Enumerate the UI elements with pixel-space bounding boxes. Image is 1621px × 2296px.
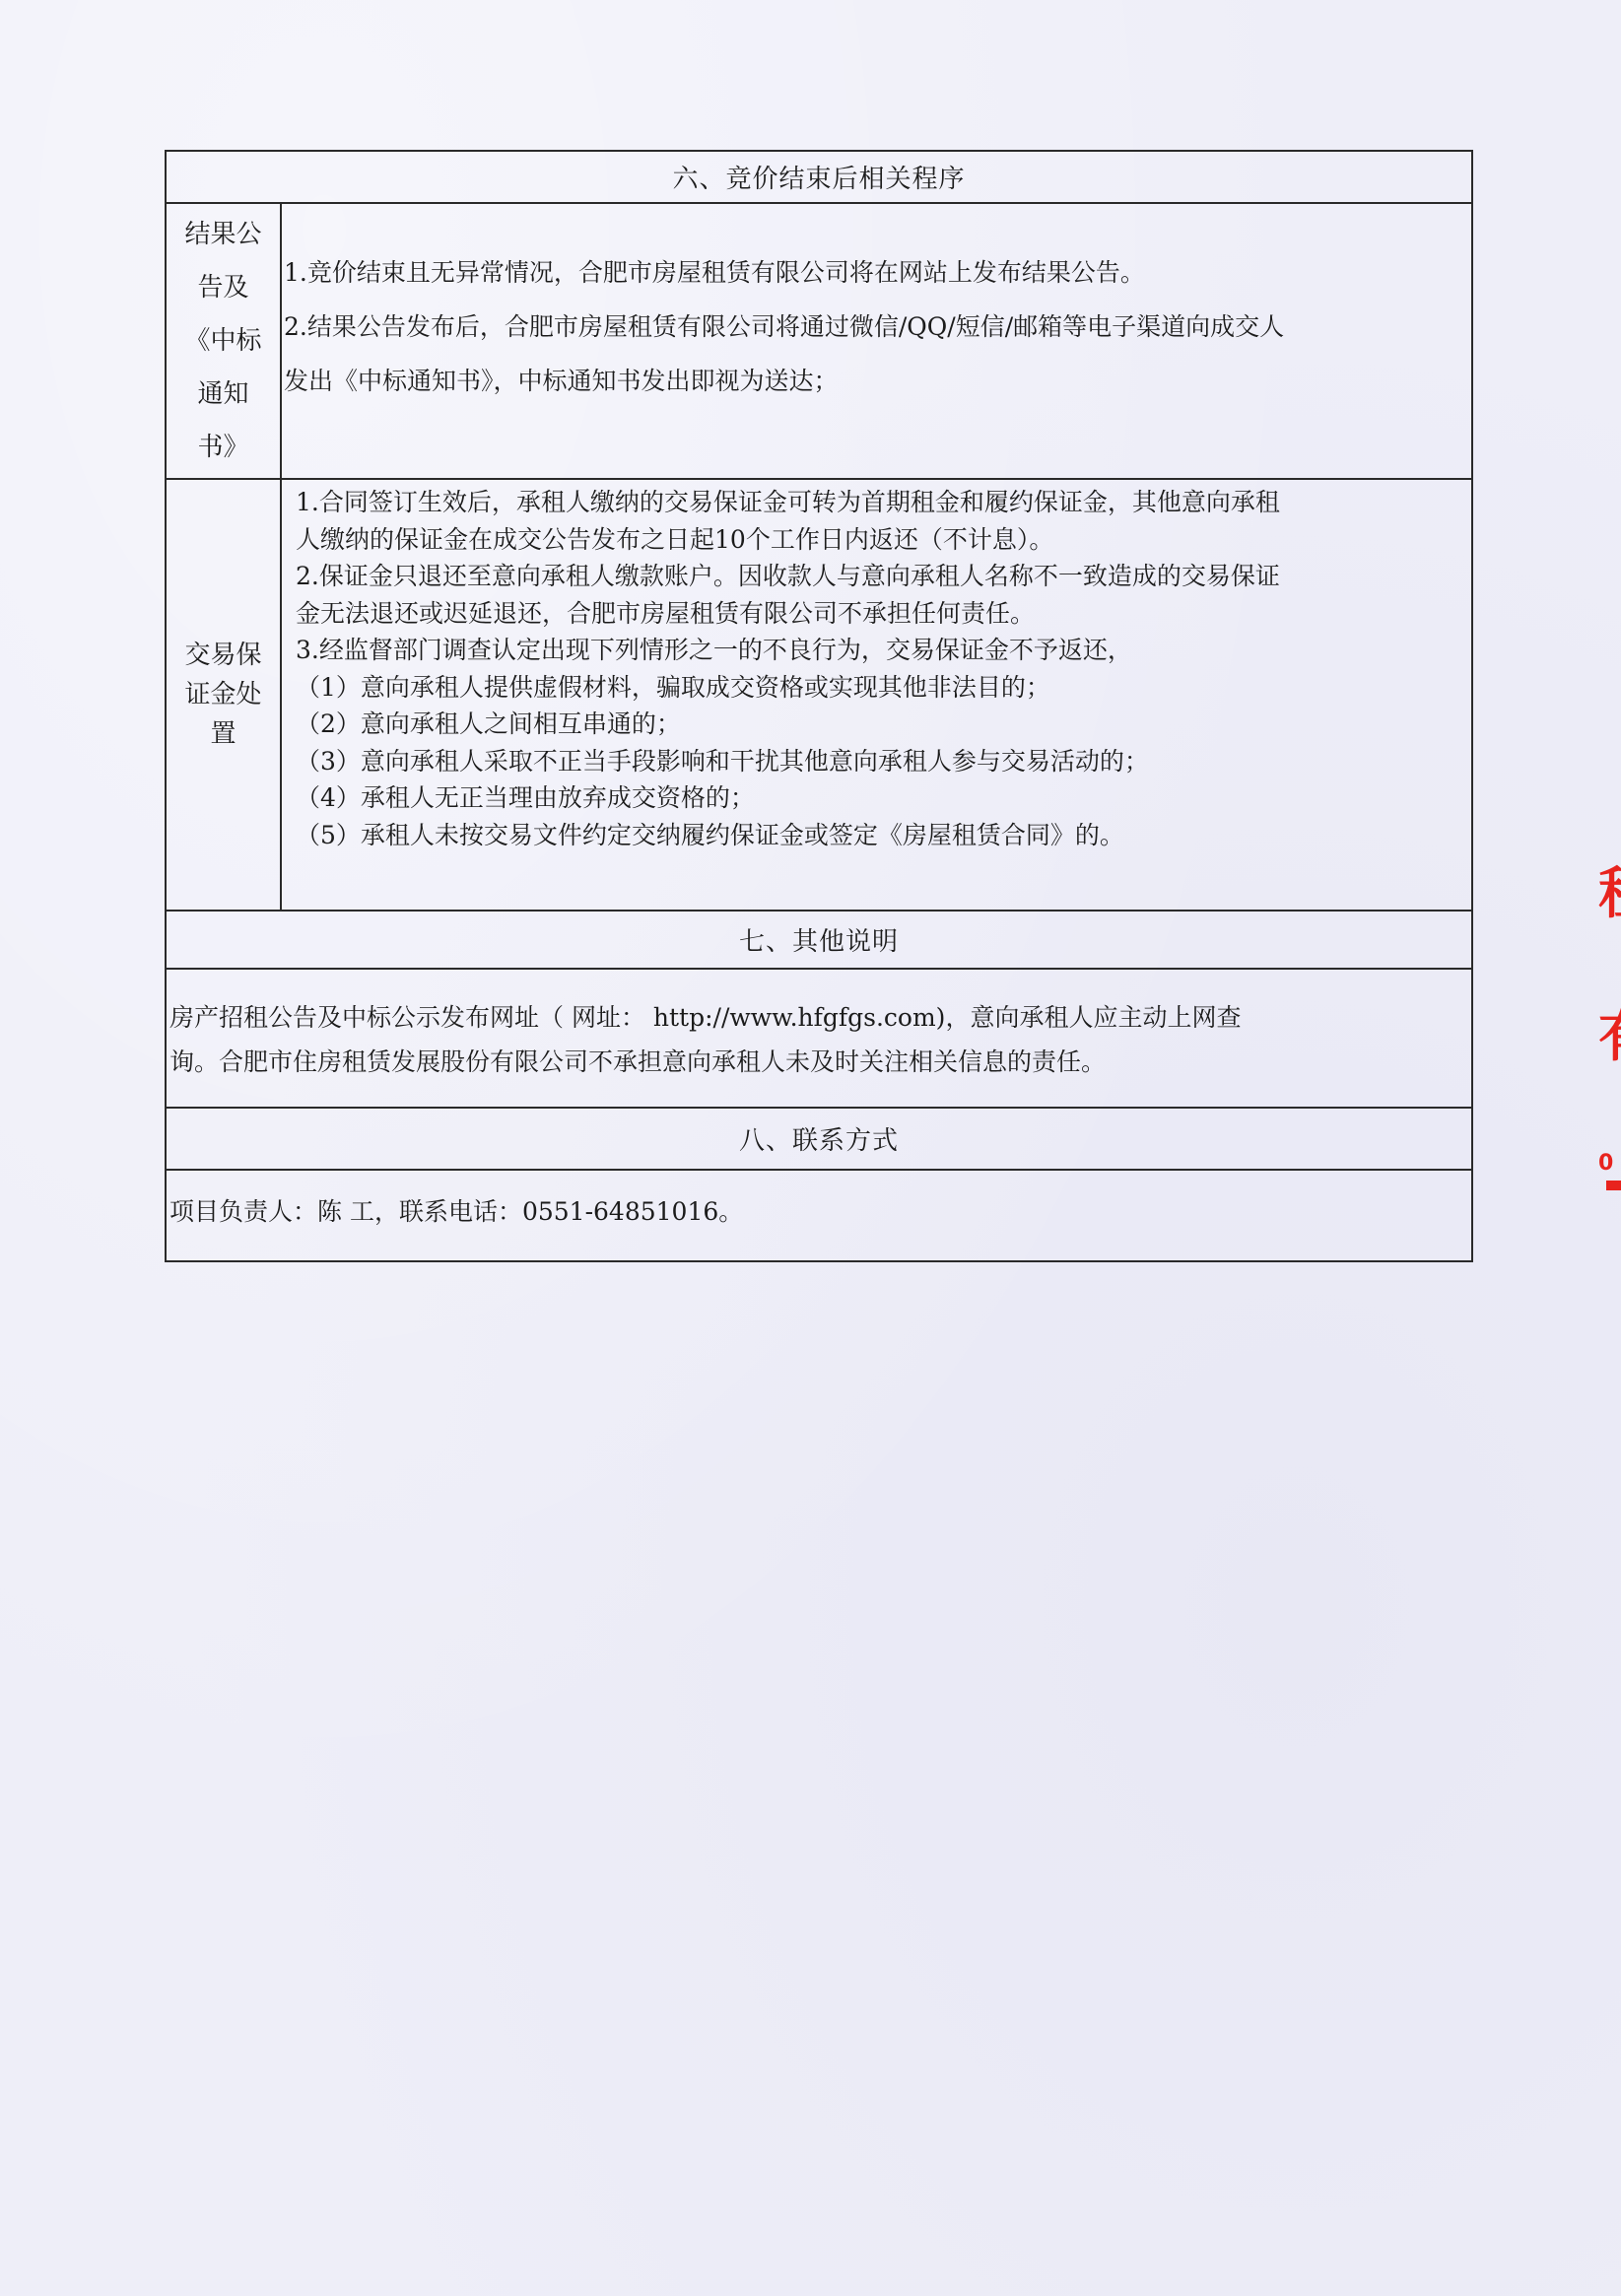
label-line: 结果公 — [174, 208, 273, 261]
paragraph: 房产招租公告及中标公示发布网址（ 网址： http://www.hfgfgs.c… — [169, 995, 1461, 1040]
section-seven-title: 七、其他说明 — [739, 921, 899, 958]
contact-info: 项目负责人：陈 工，联系电话：0551-64851016。 — [169, 1192, 1461, 1232]
list-item: （2）意向承租人之间相互串通的； — [296, 706, 1463, 743]
label-line: 置 — [174, 714, 273, 754]
section-eight-header: 八、联系方式 — [167, 1109, 1471, 1171]
section-six-title: 六、竞价结束后相关程序 — [672, 159, 965, 195]
section-six-header: 六、竞价结束后相关程序 — [167, 152, 1471, 204]
other-notes-row: 房产招租公告及中标公示发布网址（ 网址： http://www.hfgfgs.c… — [167, 970, 1471, 1109]
label-line: 告及 — [174, 261, 273, 314]
paragraph: 1.合同签订生效后，承租人缴纳的交易保证金可转为首期租金和履约保证金，其他意向承… — [296, 484, 1463, 521]
deposit-handling-label-cell: 交易保 证金处 置 — [167, 480, 282, 910]
list-item: （1）意向承租人提供虚假材料，骗取成交资格或实现其他非法目的； — [296, 669, 1463, 707]
paragraph: 金无法退还或迟延退还，合肥市房屋租赁有限公司不承担任何责任。 — [296, 595, 1463, 633]
paragraph: 1.竞价结束且无异常情况，合肥市房屋租赁有限公司将在网站上发布结果公告。 — [284, 245, 1463, 300]
label-line: 通知 — [174, 368, 273, 421]
stamp-border-fragment — [1606, 1181, 1621, 1190]
label-line: 交易保 — [174, 636, 273, 675]
list-item: （3）意向承租人采取不正当手段影响和干扰其他意向承租人参与交易活动的； — [296, 743, 1463, 780]
paragraph: 2.结果公告发布后，合肥市房屋租赁有限公司将通过微信/QQ/短信/邮箱等电子渠道… — [284, 300, 1463, 354]
list-item: （4）承租人无正当理由放弃成交资格的； — [296, 779, 1463, 817]
stamp-char: 0 — [1598, 1153, 1613, 1175]
label-line: 《中标 — [174, 314, 273, 368]
label-line: 证金处 — [174, 675, 273, 714]
section-seven-header: 七、其他说明 — [167, 912, 1471, 970]
deposit-handling-row: 交易保 证金处 置 1.合同签订生效后，承租人缴纳的交易保证金可转为首期租金和履… — [167, 480, 1471, 912]
result-notice-row: 结果公 告及 《中标 通知 书》 1.竞价结束且无异常情况，合肥市房屋租赁有限公… — [167, 204, 1471, 480]
contact-row: 项目负责人：陈 工，联系电话：0551-64851016。 — [167, 1171, 1471, 1260]
section-eight-title: 八、联系方式 — [739, 1120, 899, 1157]
paragraph: 询。合肥市住房租赁发展股份有限公司不承担意向承租人未及时关注相关信息的责任。 — [169, 1040, 1461, 1084]
paragraph: 3.经监督部门调查认定出现下列情形之一的不良行为，交易保证金不予返还， — [296, 632, 1463, 669]
contact-content: 项目负责人：陈 工，联系电话：0551-64851016。 — [167, 1171, 1471, 1260]
result-notice-label-cell: 结果公 告及 《中标 通知 书》 — [167, 204, 282, 478]
red-seal-stamp-fragment: 租 有 0 — [1598, 867, 1621, 1202]
result-notice-label: 结果公 告及 《中标 通知 书》 — [174, 208, 273, 474]
paragraph: 人缴纳的保证金在成交公告发布之日起10个工作日内返还（不计息）。 — [296, 521, 1463, 559]
paragraph: 2.保证金只退还至意向承租人缴款账户。因收款人与意向承租人名称不一致造成的交易保… — [296, 558, 1463, 595]
paragraph: 发出《中标通知书》，中标通知书发出即视为送达； — [284, 354, 1463, 408]
label-line: 书》 — [174, 421, 273, 474]
other-notes-content: 房产招租公告及中标公示发布网址（ 网址： http://www.hfgfgs.c… — [167, 970, 1471, 1107]
stamp-char: 租 — [1598, 867, 1621, 922]
stamp-char: 有 — [1598, 1010, 1621, 1065]
list-item: （5）承租人未按交易文件约定交纳履约保证金或签定《房屋租赁合同》的。 — [296, 817, 1463, 854]
deposit-handling-content: 1.合同签订生效后，承租人缴纳的交易保证金可转为首期租金和履约保证金，其他意向承… — [282, 480, 1471, 910]
result-notice-content: 1.竞价结束且无异常情况，合肥市房屋租赁有限公司将在网站上发布结果公告。 2.结… — [282, 204, 1471, 478]
deposit-handling-label: 交易保 证金处 置 — [174, 636, 273, 754]
procedure-table: 六、竞价结束后相关程序 结果公 告及 《中标 通知 书》 1.竞价结束且无异常情… — [165, 150, 1473, 1262]
